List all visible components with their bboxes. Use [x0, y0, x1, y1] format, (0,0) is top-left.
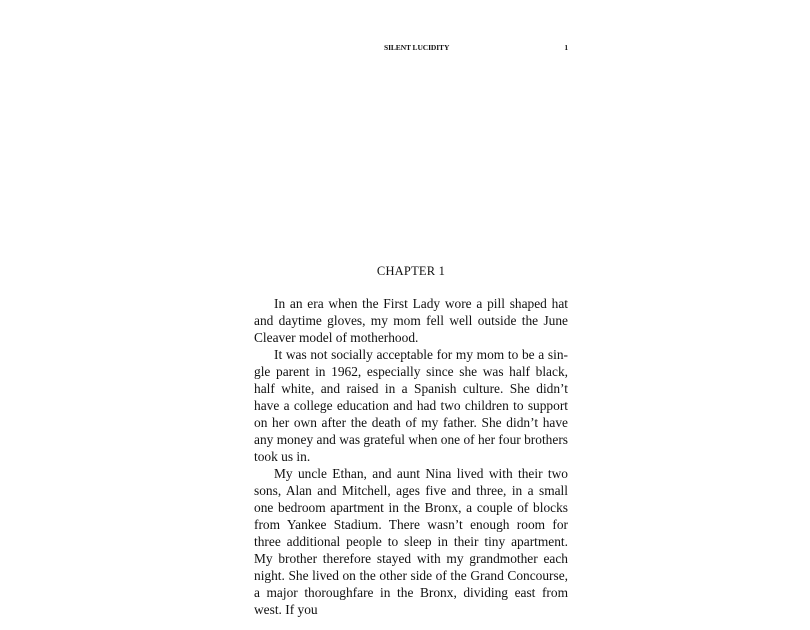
paragraph: In an era when the First Lady wore a pil…: [254, 295, 568, 346]
book-page: SILENT LUCIDITY 1 CHAPTER 1 In an era wh…: [0, 0, 810, 630]
chapter-heading: CHAPTER 1: [254, 264, 568, 279]
chapter-body: In an era when the First Lady wore a pil…: [254, 295, 568, 618]
paragraph: It was not socially acceptable for my mo…: [254, 346, 568, 465]
paragraph: My uncle Ethan, and aunt Nina lived with…: [254, 465, 568, 618]
running-header: SILENT LUCIDITY 1: [384, 43, 568, 55]
running-title: SILENT LUCIDITY: [384, 43, 449, 52]
page-number: 1: [564, 43, 568, 52]
